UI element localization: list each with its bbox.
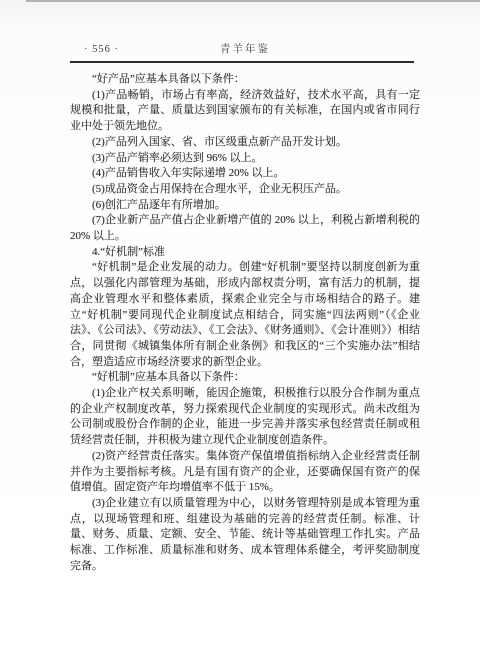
paragraph-item-1: (1)产品畅销，市场占有率高，经济效益好，技术水平高，具有一定规模和批量，产量、… bbox=[70, 88, 420, 135]
paragraph-item-7: (7)企业新产品产值占企业新增产值的 20% 以上，利税占新增利税的 20% 以… bbox=[70, 213, 420, 244]
paragraph-item-5: (5)成品资金占用保持在合理水平，企业无积压产品。 bbox=[70, 182, 420, 198]
paragraph-item-2: (2)产品列入国家、省、市区级重点新产品开发计划。 bbox=[70, 135, 420, 151]
scanned-yearbook-page: · 556 · 青羊年鉴 “好产品”应基本具备以下条件： (1)产品畅销，市场占… bbox=[0, 0, 480, 651]
paragraph-intro-good-product: “好产品”应基本具备以下条件： bbox=[70, 72, 420, 88]
paragraph-mechanism-item-1: (1)企业产权关系明晰，能因企施策，积极推行以股分合作制为重点的企业产权制度改革… bbox=[70, 386, 420, 449]
paragraph-mechanism-item-3: (3)企业建立有以质量管理为中心，以财务管理特别是成本管理为重点，以现场管理和班… bbox=[70, 496, 420, 575]
scan-edge-artifact bbox=[26, 0, 480, 2]
header-divider bbox=[70, 61, 414, 63]
page-header: · 556 · 青羊年鉴 bbox=[70, 43, 420, 57]
book-title: 青羊年鉴 bbox=[70, 43, 420, 57]
paragraph-good-mechanism-intro: “好机制”是企业发展的动力。创建“好机制”要坚持以制度创新为重点，以强化内部管理… bbox=[70, 260, 420, 370]
paragraph-item-3: (3)产品产销率必须达到 96% 以上。 bbox=[70, 151, 420, 167]
paragraph-heading-good-mechanism: 4.“好机制”标准 bbox=[70, 245, 420, 261]
paragraph-mechanism-item-2: (2)资产经营责任落实。集体资产保值增值指标纳入企业经营责任制并作为主要指标考核… bbox=[70, 449, 420, 496]
page-body-text: “好产品”应基本具备以下条件： (1)产品畅销，市场占有率高，经济效益好，技术水… bbox=[70, 72, 420, 575]
paragraph-intro-good-mechanism-conditions: “好机制”应基本具备以下条件： bbox=[70, 370, 420, 386]
paragraph-item-6: (6)创汇产品逐年有所增加。 bbox=[70, 198, 420, 214]
paragraph-item-4: (4)产品销售收入年实际递增 20% 以上。 bbox=[70, 166, 420, 182]
